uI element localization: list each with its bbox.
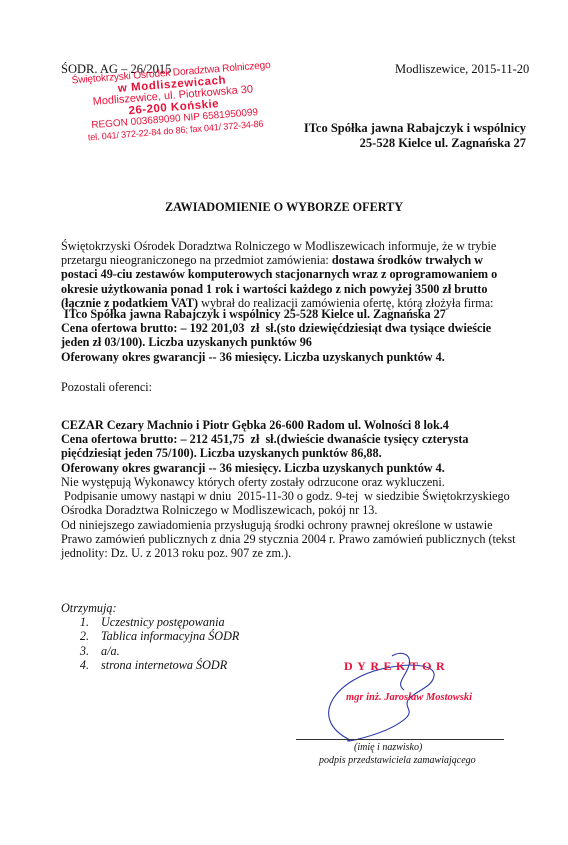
signature-line	[296, 739, 504, 740]
place-date: Modliszewice, 2015-11-20	[395, 62, 529, 76]
offer-line: Oferowany okres gwarancji -- 36 miesięcy…	[61, 461, 531, 475]
offer-line: pięćdziesiąt jeden 75/100). Liczba uzysk…	[61, 446, 531, 460]
closing-line: Ośrodka Doradztwa Rolniczego w Modliszew…	[61, 503, 531, 517]
intro-line: okresie użytkowania ponad 1 rok i wartoś…	[61, 282, 531, 296]
list-item: 2.Tablica informacyjna ŚODR	[61, 629, 531, 643]
intro-line: postaci 49-ciu zestawów komputerowych st…	[61, 267, 531, 281]
director-stamp-title: DYREKTOR	[344, 659, 449, 673]
offer-line: Cena ofertowa brutto: – 212 451,75 zł sł…	[61, 432, 531, 446]
offer-line: Oferowany okres gwarancji -- 36 miesięcy…	[61, 350, 531, 364]
closing-line: Nie występują Wykonawcy których oferty z…	[61, 475, 531, 489]
closing-line: Prawo zamówień publicznych z dnia 29 sty…	[61, 532, 531, 546]
winning-offer: ITco Spółka jawna Rabajczyk i wspólnicy …	[61, 307, 531, 364]
other-bidders-label: Pozostali oferenci:	[61, 380, 531, 394]
other-offer: CEZAR Cezary Machnio i Piotr Gębka 26-60…	[61, 418, 531, 475]
recipient-address: ITco Spółka jawna Rabajczyk i wspólnicy …	[304, 121, 526, 151]
institution-stamp: Świętokrzyski Ośrodek Doradztwa Rolnicze…	[66, 60, 281, 146]
offer-line: ITco Spółka jawna Rabajczyk i wspólnicy …	[61, 307, 531, 321]
intro-paragraph: Świętokrzyski Ośrodek Doradztwa Rolnicze…	[61, 239, 531, 310]
director-stamp-name: mgr inż. Jarosław Mostowski	[346, 691, 472, 705]
intro-line: Świętokrzyski Ośrodek Doradztwa Rolnicze…	[61, 239, 531, 253]
document-title: ZAWIADOMIENIE O WYBORZE OFERTY	[0, 200, 568, 214]
signature-block: DYREKTOR mgr inż. Jarosław Mostowski (im…	[296, 648, 546, 768]
closing-paragraph: Nie występują Wykonawcy których oferty z…	[61, 475, 531, 560]
offer-line: CEZAR Cezary Machnio i Piotr Gębka 26-60…	[61, 418, 531, 432]
recipients-title: Otrzymują:	[61, 601, 531, 615]
intro-line: przetargu nieograniczonego na przedmiot …	[61, 253, 531, 267]
recipient-name: ITco Spółka jawna Rabajczyk i wspólnicy	[304, 121, 526, 136]
closing-line: jednolity: Dz. U. z 2013 roku poz. 907 z…	[61, 546, 531, 560]
closing-line: Podpisanie umowy nastąpi w dniu 2015-11-…	[61, 489, 531, 503]
recipient-street: 25-528 Kielce ul. Zagnańska 27	[304, 136, 526, 151]
list-item: 1.Uczestnicy postępowania	[61, 615, 531, 629]
closing-line: Od niniejszego zawiadomienia przysługują…	[61, 518, 531, 532]
offer-line: jeden zł 03/100). Liczba uzyskanych punk…	[61, 335, 531, 349]
signature-caption: podpis przedstawiciela zamawiającego	[319, 754, 476, 768]
offer-line: Cena ofertowa brutto: – 192 201,03 zł sł…	[61, 321, 531, 335]
